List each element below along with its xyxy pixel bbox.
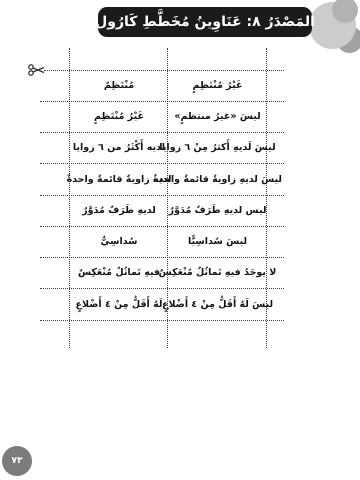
cut-line-horizontal [40,320,284,321]
page-number-badge: ٧٣ [2,446,32,476]
header-banner: المَصْدَرُ ٨: عَنَاوِينُ مُخَطَّطِ كَارُ… [98,7,312,37]
card-negative: ليسَ سُداسِيًّا [168,226,267,257]
card-negative: ليسَ لَهُ أَقَلُّ مِنْ ٤ أَضْلاعٍ [168,288,267,320]
card-negative: ليسَ لديهِ زاويةٌ قائمةٌ واحدةٌ [168,163,267,195]
card-negative: ليسَ «غيرُ منتظمٍ» [168,101,267,132]
page-title: المَصْدَرُ ٨: عَنَاوِينُ مُخَطَّطِ كَارُ… [95,14,315,30]
scissors-icon [28,63,45,77]
carroll-title-cards: غَيْرُ مُنْتَظِمٍ مُنْتَظِمٌ ليسَ «غيرُ … [70,70,267,320]
card-negative: ليسَ لَديهِ أَكثرُ مِنْ ٦ زوايا [168,132,267,163]
card-positive: لَهُ أَقَلُّ مِنْ ٤ أَضْلاعٍ [70,288,168,320]
card-positive: لديه أَكْثَرُ من ٦ زوايا [70,132,168,163]
card-positive: مُنْتَظِمٌ [70,70,168,101]
worksheet-page: المَصْدَرُ ٨: عَنَاوِينُ مُخَطَّطِ كَارُ… [0,0,360,480]
card-positive: فيهِ تَماثُلٌ مُنْعَكِسٌ [70,257,168,288]
card-positive: لديهِ طَرَفٌ مُدَوَّرٌ [70,195,168,226]
card-positive: سُداسِيٌّ [70,226,168,257]
card-negative: ليس لديهِ طَرَفٌ مُدَوَّرٌ [168,195,267,226]
page-number: ٧٣ [12,456,23,466]
card-negative: غَيْرُ مُنْتَظِمٍ [168,70,267,101]
card-positive: غَيْرُ مُنْتَظِمٍ [70,101,168,132]
card-positive: لديه زاويةٌ قائمةٌ واحدةٌ [70,163,168,195]
card-negative: لا يوجَدُ فيهِ تَماثُلٌ مُنْعَكِسٌ [168,257,267,288]
